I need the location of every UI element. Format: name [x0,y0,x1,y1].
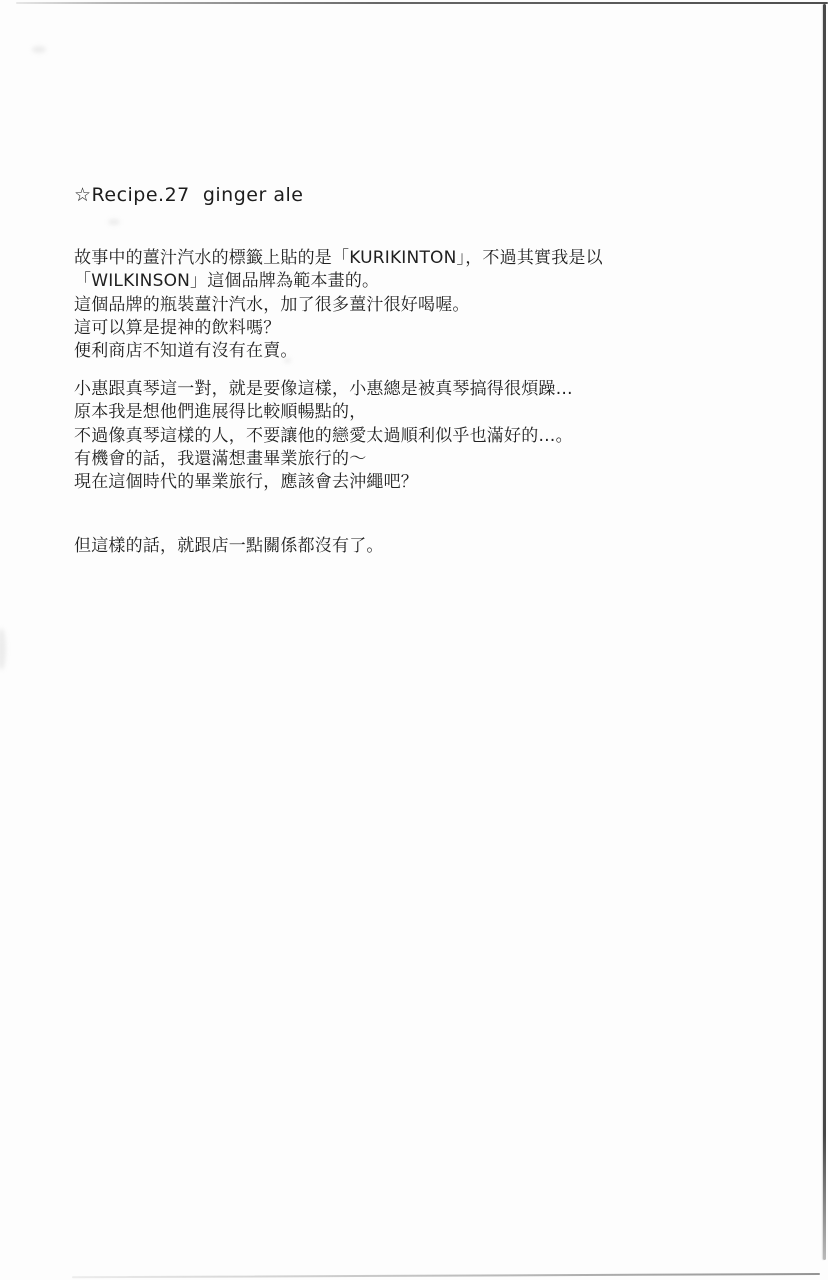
text-line: 但這樣的話，就跟店一點關係都沒有了。 [74,535,774,558]
scan-smudge [108,219,120,225]
paragraph-closing-note: 但這樣的話，就跟店一點關係都沒有了。 [74,535,774,558]
text-line: 不過像真琴這樣的人，不要讓他的戀愛太過順利似乎也滿好的…。 [74,425,774,448]
text-line: 原本我是想他們進展得比較順暢點的， [74,401,774,424]
page-scan-edge-top [16,2,828,4]
scanned-book-page: ☆Recipe.27 ginger ale 故事中的薑汁汽水的標籤上貼的是「KU… [0,0,828,1280]
text-line: 這可以算是提神的飲料嗎？ [74,317,774,340]
recipe-title: ☆Recipe.27 ginger ale [74,184,303,206]
text-line: 有機會的話，我還滿想畫畢業旅行的～ [74,448,774,471]
page-scan-edge-right [823,4,826,1260]
page-scan-edge-bottom [72,1273,820,1278]
scan-smudge [0,628,6,670]
text-line: 小惠跟真琴這一對，就是要像這樣，小惠總是被真琴搞得很煩躁… [74,378,774,401]
text-line: 這個品牌的瓶裝薑汁汽水，加了很多薑汁很好喝喔。 [74,294,774,317]
scan-smudge [32,46,46,53]
paragraph-character-notes: 小惠跟真琴這一對，就是要像這樣，小惠總是被真琴搞得很煩躁… 原本我是想他們進展得… [74,378,774,494]
text-line: 故事中的薑汁汽水的標籤上貼的是「KURIKINTON」，不過其實我是以 [74,247,774,270]
text-line: 現在這個時代的畢業旅行，應該會去沖繩吧？ [74,471,774,494]
paragraph-brand-notes: 故事中的薑汁汽水的標籤上貼的是「KURIKINTON」，不過其實我是以 「WIL… [74,247,774,363]
text-line: 「WILKINSON」這個品牌為範本畫的。 [74,270,774,293]
text-line: 便利商店不知道有沒有在賣。 [74,340,774,363]
